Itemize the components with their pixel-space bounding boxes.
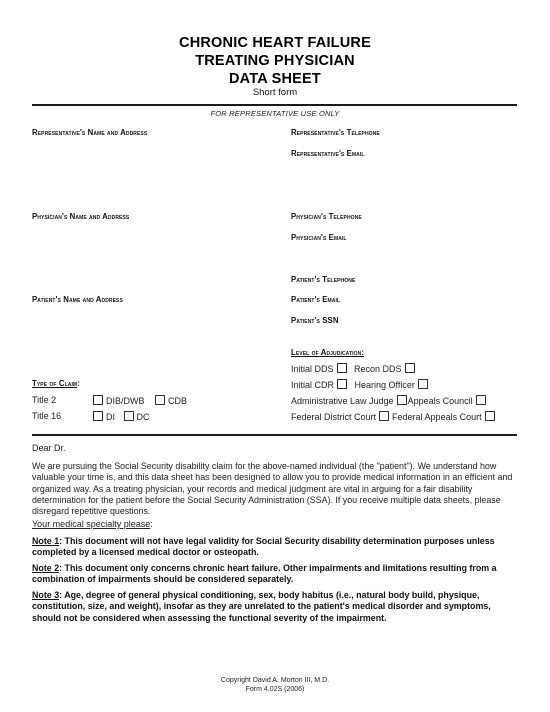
patient-telephone-field[interactable]: Patient's Telephone [291, 275, 355, 284]
adjudication-row-1: Initial DDS Recon DDS [291, 363, 418, 374]
note-3-text: : Age, degree of general physical condit… [32, 590, 491, 623]
physician-telephone-field[interactable]: Physician's Telephone [291, 212, 362, 221]
title2-label: Title 2 [32, 395, 56, 405]
initial-dds-checkbox[interactable] [337, 363, 347, 373]
initial-cdr-label: Initial CDR [291, 380, 334, 390]
physician-email-field[interactable]: Physician's Email [291, 233, 347, 242]
dib-dwb-checkbox[interactable] [93, 395, 103, 405]
adjudication-heading-text: Level of Adjudication: [291, 348, 364, 357]
specialty-prompt-colon: : [150, 519, 153, 529]
dc-label: DC [137, 412, 150, 422]
title-line-3: DATA SHEET [0, 70, 550, 88]
federal-district-court-label: Federal District Court [291, 412, 376, 422]
letter-body: We are pursuing the Social Security disa… [32, 461, 522, 517]
specialty-prompt-text: Your medical specialty please [32, 519, 150, 529]
hearing-officer-checkbox[interactable] [418, 379, 428, 389]
claim-heading: Type of Claim: [32, 379, 80, 388]
form-number: Form 4.02S (2006) [0, 685, 550, 694]
note-3: Note 3: Age, degree of general physical … [32, 590, 522, 624]
specialty-prompt[interactable]: Your medical specialty please: [32, 519, 153, 529]
claim-heading-text: Type of Claim [32, 379, 77, 388]
hearing-officer-label: Hearing Officer [355, 380, 415, 390]
patient-ssn-field[interactable]: Patient's SSN [291, 316, 339, 325]
adjudication-row-4: Federal District CourtFederal Appeals Co… [291, 411, 498, 422]
federal-district-court-checkbox[interactable] [379, 411, 389, 421]
dib-dwb-label: DIB/DWB [106, 396, 145, 406]
adjudication-row-3: Administrative Law JudgeAppeals Council [291, 395, 489, 406]
di-checkbox[interactable] [93, 411, 103, 421]
rep-email-field[interactable]: Representative's Email [291, 149, 365, 158]
note-2-label: Note 2 [32, 563, 59, 573]
claim-heading-colon: : [77, 379, 80, 388]
title16-label: Title 16 [32, 411, 61, 421]
patient-name-address-field[interactable]: Patient's Name and Address [32, 295, 123, 304]
top-divider [32, 104, 517, 106]
patient-email-field[interactable]: Patient's Email [291, 295, 340, 304]
note-1: Note 1: This document will not have lega… [32, 536, 522, 559]
note-1-label: Note 1 [32, 536, 59, 546]
cdb-checkbox[interactable] [155, 395, 165, 405]
title2-options: DIB/DWB CDB [93, 395, 187, 406]
adjudication-heading: Level of Adjudication: [291, 348, 364, 357]
recon-dds-label: Recon DDS [354, 364, 402, 374]
initial-cdr-checkbox[interactable] [337, 379, 347, 389]
representative-use-only: FOR REPRESENTATIVE USE ONLY [0, 109, 550, 118]
note-2-text: : This document only concerns chronic he… [32, 563, 497, 584]
alj-label: Administrative Law Judge [291, 396, 394, 406]
middle-divider [32, 434, 517, 436]
di-label: DI [106, 412, 115, 422]
rep-telephone-field[interactable]: Representative's Telephone [291, 128, 380, 137]
initial-dds-label: Initial DDS [291, 364, 334, 374]
appeals-council-label: Appeals Council [408, 396, 473, 406]
salutation: Dear Dr. [32, 443, 66, 453]
title-line-2: TREATING PHYSICIAN [0, 52, 550, 70]
physician-name-address-field[interactable]: Physician's Name and Address [32, 212, 129, 221]
adjudication-row-2: Initial CDR Hearing Officer [291, 379, 431, 390]
note-1-text: : This document will not have legal vali… [32, 536, 495, 557]
title-line-1: CHRONIC HEART FAILURE [0, 34, 550, 52]
dc-checkbox[interactable] [124, 411, 134, 421]
rep-name-address-field[interactable]: Representative's Name and Address [32, 128, 147, 137]
copyright: Copyright David A. Morton III, M.D. [0, 676, 550, 685]
recon-dds-checkbox[interactable] [405, 363, 415, 373]
federal-appeals-court-label: Federal Appeals Court [392, 412, 482, 422]
cdb-label: CDB [168, 396, 187, 406]
note-2: Note 2: This document only concerns chro… [32, 563, 522, 586]
federal-appeals-court-checkbox[interactable] [485, 411, 495, 421]
title16-options: DI DC [93, 411, 150, 422]
alj-checkbox[interactable] [397, 395, 407, 405]
subtitle: Short form [0, 87, 550, 98]
note-3-label: Note 3 [32, 590, 59, 600]
appeals-council-checkbox[interactable] [476, 395, 486, 405]
